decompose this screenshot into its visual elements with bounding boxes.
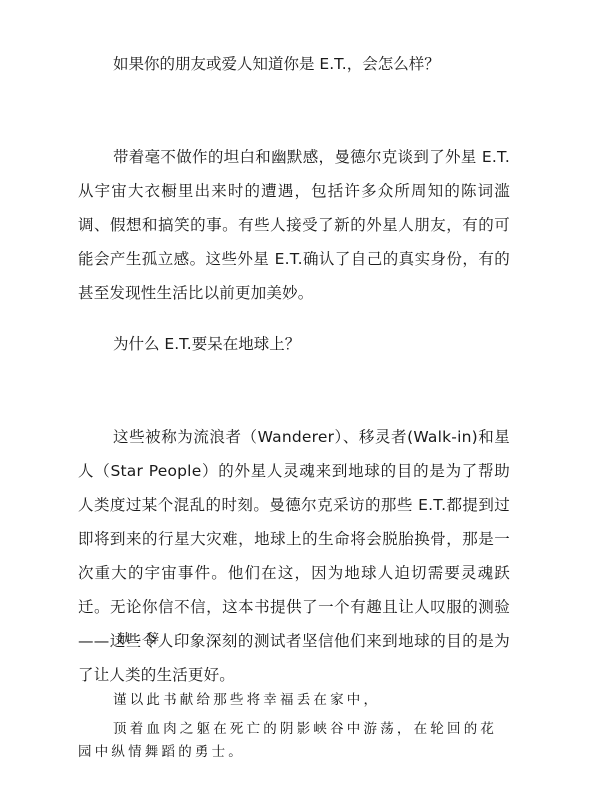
dedication-title: 献 辞 [117,630,165,650]
section-question-1: 如果你的朋友或爱人知道你是 E.T.，会怎么样？ [113,52,440,76]
section-question-2: 为什么 E.T.要呆在地球上？ [113,332,300,356]
dedication-line-1: 谨以此书献给那些将幸福丢在家中， [78,689,510,712]
dedication-line-2: 顶着血肉之躯在死亡的阴影峡谷中游荡，在轮回的花园中纵情舞蹈的勇士。 [78,718,510,764]
section-answer-1: 带着毫不做作的坦白和幽默感，曼德尔克谈到了外星 E.T.从宇宙大衣橱里出来时的遭… [78,140,510,310]
section-answer-2: 这些被称为流浪者（Wanderer）、移灵者(Walk-in)和星人（Star … [78,420,510,692]
